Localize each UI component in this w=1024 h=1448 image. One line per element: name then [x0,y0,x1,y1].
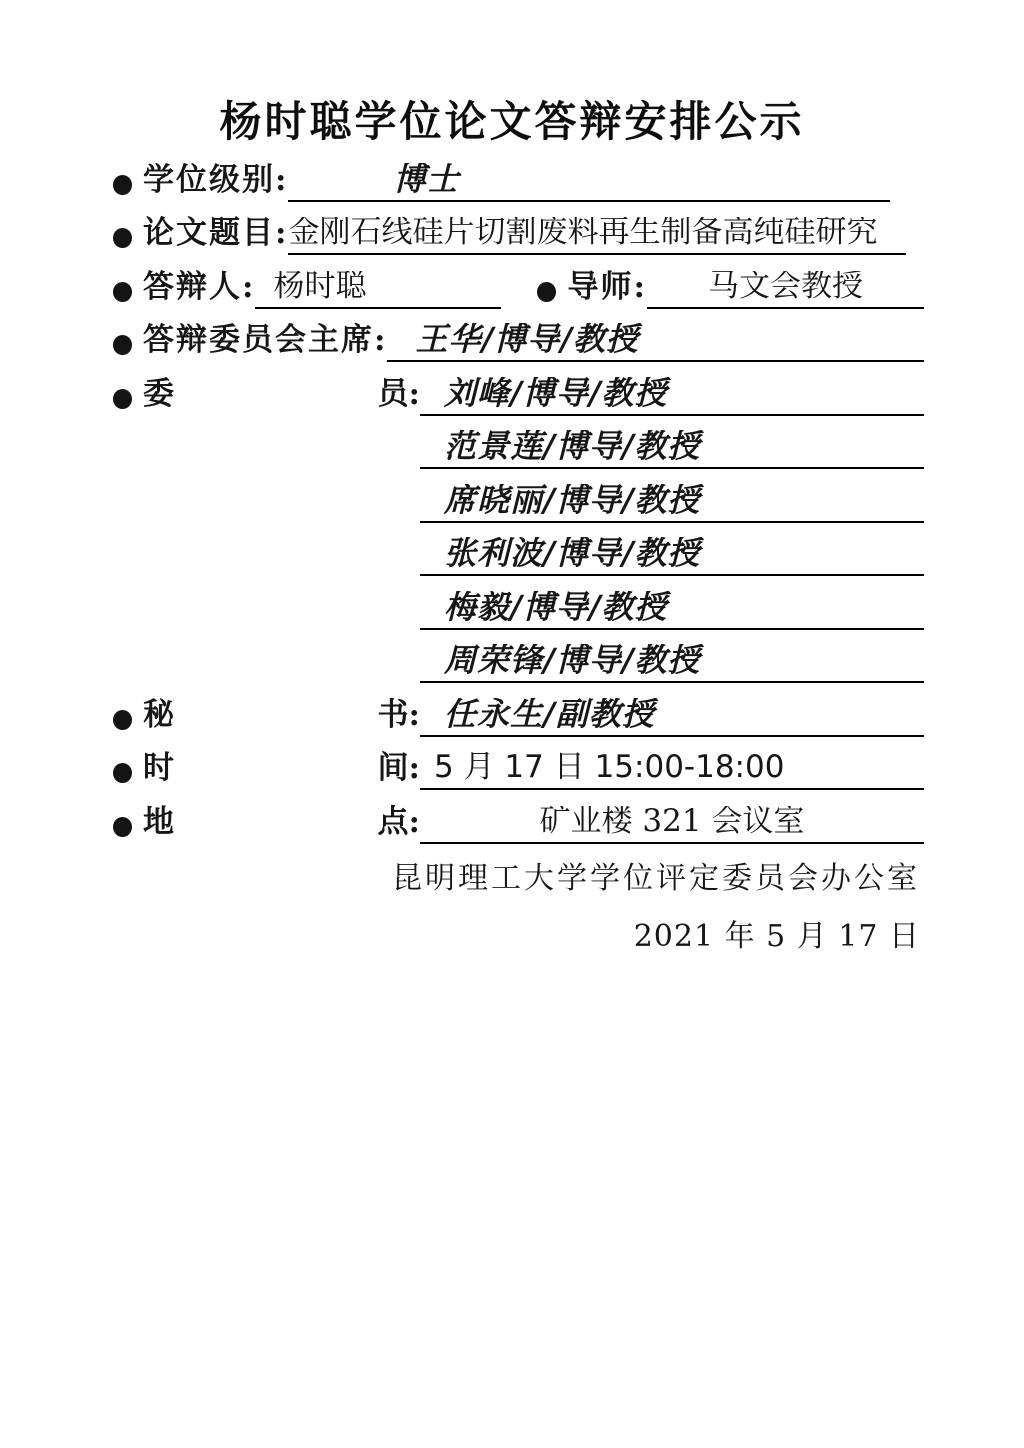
secretary-label-right: 书: [378,700,420,731]
bullet-icon [113,282,132,302]
committee-member-row: 梅毅/博导/教授 [0,576,1024,630]
supervisor-value: 马文会教授 [647,271,924,309]
secretary-row: 秘 书: 任永生/副教授 [0,683,1024,737]
secretary-value: 任永生/副教授 [420,698,924,737]
committee-member-value: 周荣锋/博导/教授 [420,644,924,683]
committee-member-value: 刘峰/博导/教授 [420,377,924,416]
committee-member-value: 范景莲/博导/教授 [420,430,924,469]
committee-member-label-right: 员: [378,379,420,410]
committee-member-row: 范景莲/博导/教授 [0,416,1024,470]
defender-supervisor-row: 答辩人: 杨时聪 导师: 马文会教授 [0,255,1024,309]
time-label-left: 时 [143,753,174,784]
bullet-icon [113,175,132,195]
defender-label: 答辩人: [143,272,255,309]
defender-value: 杨时聪 [255,271,501,309]
place-label-right: 点: [378,807,420,838]
committee-chair-label: 答辩委员会主席: [143,325,387,362]
place-label: 地 点: [143,807,420,844]
issuing-office: 昆明理工大学学位评定委员会办公室 [0,864,1024,894]
committee-chair-value: 王华/博导/教授 [387,323,924,362]
degree-label: 学位级别: [143,165,288,202]
supervisor-label: 导师: [567,272,646,309]
degree-value: 博士 [288,163,890,202]
thesis-title-row: 论文题目: 金刚石线硅片切割废料再生制备高纯硅研究 [0,202,1024,256]
bullet-icon [113,763,132,783]
time-label-right: 间: [378,753,420,784]
place-value: 矿业楼 321 会议室 [420,806,924,844]
bullet-icon [113,817,132,837]
bullet-icon [113,335,132,355]
committee-member-label: 委 员: [143,379,420,416]
bullet-icon [113,710,132,730]
time-value: 5 月 17 日 15:00-18:00 [420,752,924,790]
place-row: 地 点: 矿业楼 321 会议室 [0,790,1024,844]
secretary-label-left: 秘 [143,700,174,731]
announcement-form: 学位级别: 博士 论文题目: 金刚石线硅片切割废料再生制备高纯硅研究 答辩人: … [0,148,1024,844]
bullet-icon [113,228,132,248]
thesis-title-value: 金刚石线硅片切割废料再生制备高纯硅研究 [288,217,906,255]
issue-date: 2021 年 5 月 17 日 [0,922,1024,952]
bullet-icon [537,282,556,302]
secretary-label: 秘 书: [143,700,420,737]
committee-chair-row: 答辩委员会主席: 王华/博导/教授 [0,309,1024,363]
committee-member-row: 周荣锋/博导/教授 [0,630,1024,684]
committee-member-value: 张利波/博导/教授 [420,537,924,576]
committee-member-value: 席晓丽/博导/教授 [420,484,924,523]
bullet-icon [113,389,132,409]
committee-member-value: 梅毅/博导/教授 [420,591,924,630]
time-label: 时 间: [143,753,420,790]
degree-row: 学位级别: 博士 [0,148,1024,202]
page-title: 杨时聪学位论文答辩安排公示 [0,0,1024,148]
place-label-left: 地 [143,807,174,838]
announcement-document: 杨时聪学位论文答辩安排公示 学位级别: 博士 论文题目: 金刚石线硅片切割废料再… [0,0,1024,1448]
committee-member-row: 委 员: 刘峰/博导/教授 [0,362,1024,416]
committee-member-label-left: 委 [143,379,174,410]
thesis-title-label: 论文题目: [143,218,288,255]
time-row: 时 间: 5 月 17 日 15:00-18:00 [0,737,1024,791]
committee-member-row: 席晓丽/博导/教授 [0,469,1024,523]
committee-member-row: 张利波/博导/教授 [0,523,1024,577]
